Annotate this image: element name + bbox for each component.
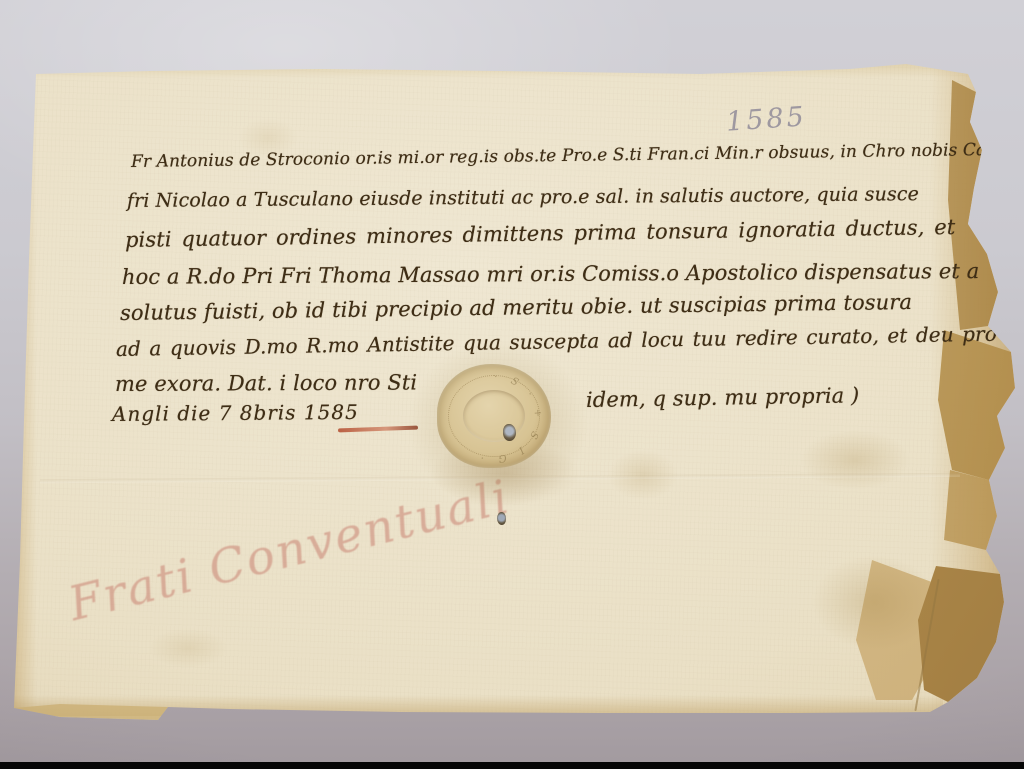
manuscript-dateline-1: me exora. Dat. i loco nro Sti: [115, 370, 417, 396]
svg-text:· S · + S I G ·: · S · + S I G ·: [475, 372, 544, 465]
paper-stain: [148, 628, 228, 668]
seal-rim-letters: · S · + S I G ·: [475, 372, 544, 465]
wax-seal: · S · + S I G ·: [437, 364, 551, 468]
paper-stain: [800, 430, 910, 490]
manuscript-dateline-2: Angli die 7 8bris 1585: [112, 400, 359, 426]
paper-stain: [812, 555, 937, 650]
manuscript-page: Fr Antonius de Stroconio or.is mi.or reg…: [0, 0, 1024, 769]
seal-rim-lettering: · S · + S I G ·: [437, 364, 551, 468]
paper-hole: [497, 512, 506, 525]
pencil-year-annotation: 1585: [725, 101, 808, 138]
photo-letterbox-bar: [0, 762, 1024, 769]
signature-line: idem, q sup. mu propria ): [586, 383, 860, 412]
photo-stage: Fr Antonius de Stroconio or.is mi.or reg…: [0, 0, 1024, 769]
seal-hole: [503, 424, 516, 441]
